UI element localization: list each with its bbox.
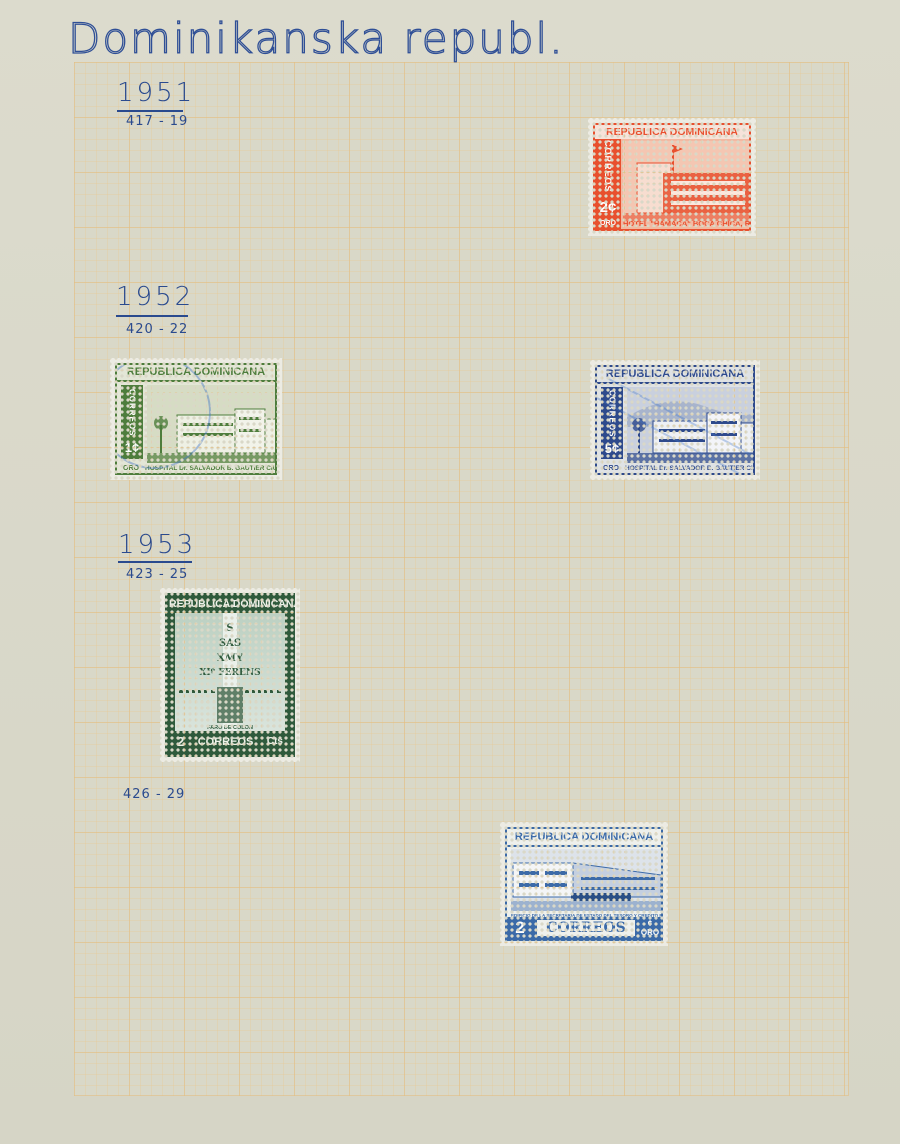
- stamp-hotel-hamaca[interactable]: REPUBLICA DOMINICANA CORREOS 2¢ ORO HOTE…: [588, 118, 756, 236]
- stamp-side-text: CORREOS: [608, 390, 617, 437]
- catalog-range: 426 - 29: [123, 787, 185, 802]
- government-building-illustration: [511, 849, 663, 911]
- stamp-caption: HOTEL "HAMACA" BOCA CHICA, R.D.: [623, 219, 751, 228]
- catalog-range: 423 - 25: [126, 567, 188, 582]
- year-heading-1951: 1951: [117, 78, 195, 108]
- inscription-line: XIº FERENS: [175, 666, 285, 681]
- stamp-footer: 2 CORREOS Cts: [169, 731, 291, 749]
- stamp-footer: 2 CORREOS ¢ ORO: [507, 917, 661, 939]
- stamp-header: REPUBLICA DOMINICANA: [507, 829, 661, 847]
- stamp-unit: ORO: [595, 217, 621, 229]
- stamp-header: REPUBLICA DOMINICANA: [169, 597, 291, 611]
- stamp-value-panel: CORREOS 2¢: [595, 139, 621, 217]
- year-underline: [118, 561, 192, 563]
- stamp-header: REPUBLICA DOMINICANA: [595, 125, 749, 139]
- flags-right-icon: [245, 690, 281, 711]
- stamp-secretaria[interactable]: REPUBLICA DOMINICANA EDIFICIO DE LA SECR…: [500, 822, 668, 946]
- catalog-range: 420 - 22: [126, 322, 188, 337]
- stamp-unit: Cts: [267, 736, 283, 747]
- stamp-faro-de-colon[interactable]: REPUBLICA DOMINICANA S SAS XMY XIº FEREN…: [160, 588, 300, 762]
- stamp-value: 2¢: [600, 199, 617, 216]
- stamp-unit: ORO: [603, 465, 619, 472]
- year-heading-1953: 1953: [118, 530, 196, 560]
- year-underline: [117, 110, 183, 112]
- stamp-hospital-blue[interactable]: REPUBLICA DOMINICANA CORREOS 5¢ HOSPITAL…: [590, 360, 760, 480]
- stamp-unit: ¢ ORO: [639, 919, 661, 937]
- stamp-value: 5¢: [605, 441, 619, 456]
- stamp-value: 2: [507, 918, 533, 938]
- stamp-hospital-green[interactable]: REPUBLICA DOMINICANA CORREOS 1¢ HOSPITAL…: [110, 358, 282, 480]
- flags-left-icon: [179, 690, 215, 711]
- stamp-value-panel: CORREOS 5¢: [601, 387, 623, 459]
- stamp-value: 2: [177, 734, 184, 749]
- stamp-side-text: CORREOS: [603, 140, 613, 193]
- inscription-line: S: [175, 621, 285, 636]
- stamp-central-design: S SAS XMY XIº FERENS FARO DE COLON: [175, 613, 285, 731]
- stamp-label: CORREOS: [537, 920, 635, 936]
- monument-icon: [217, 687, 243, 723]
- page-title: Dominikanska republ.: [68, 14, 565, 63]
- stamp-inscription: S SAS XMY XIº FERENS: [175, 621, 285, 681]
- stamp-caption: FARO DE COLON: [175, 725, 285, 731]
- inscription-line: XMY: [175, 651, 285, 666]
- catalog-range: 417 - 19: [126, 114, 188, 129]
- hotel-building-illustration: [623, 141, 751, 221]
- stamp-label: CORREOS: [198, 736, 254, 748]
- year-heading-1952: 1952: [116, 282, 194, 312]
- stamp-header: REPUBLICA DOMINICANA: [597, 367, 753, 384]
- year-underline: [116, 315, 188, 317]
- album-page: Dominikanska republ. 1951 417 - 19 1952 …: [0, 0, 900, 1144]
- inscription-line: SAS: [175, 636, 285, 651]
